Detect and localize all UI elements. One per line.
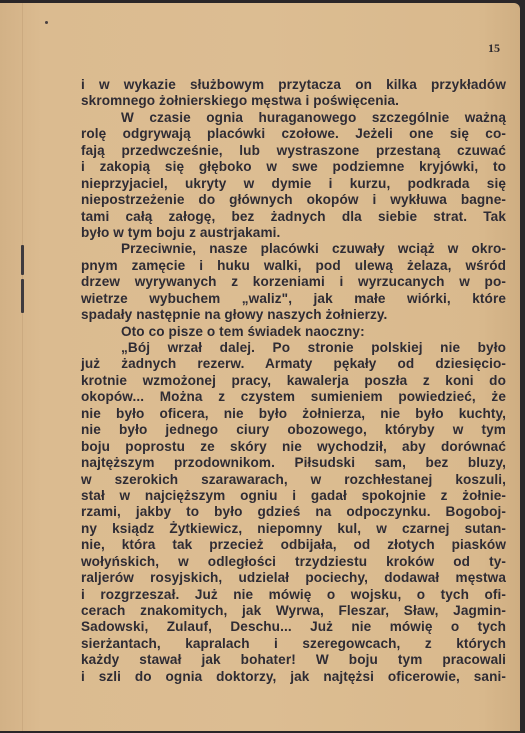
text-line: fają przedwcześnie, lub wystraszone prze… (81, 143, 506, 159)
text-line: cerach znakomitych, jak Wyrwa, Fleszar, … (81, 603, 506, 619)
text-line: każdy stawał jak bohater! W boju tym pra… (81, 652, 506, 668)
text-line: boju poprostu ze skóry nie wychodził, ab… (81, 439, 506, 455)
text-line: „Bój wrzał dalej. Po stronie polskiej ni… (81, 340, 506, 356)
text-line: i szli do ognia doktorzy, jak najtężsi o… (81, 669, 506, 685)
body-text: i w wykazie służbowym przytacza on kilka… (81, 77, 506, 685)
text-line: spadały następnie na głowy naszych żołni… (81, 307, 506, 323)
margin-mark-lower (21, 279, 24, 313)
text-line: nieprzyjaciel, ukryty w dymie i kurzu, p… (81, 176, 506, 192)
text-line: rolę odgrywają placówki czołowe. Jeżeli … (81, 126, 506, 142)
text-line: W czasie ognia huraganowego szczególnie … (81, 110, 506, 126)
text-line: i rozgrzeszał. Już nie mówię o wojsku, o… (81, 587, 506, 603)
text-line: Sadowski, Zulauf, Deschu... Już nie mówi… (81, 619, 506, 635)
text-line: było w tym boju z austrjakami. (81, 225, 506, 241)
margin-mark-upper (21, 245, 24, 275)
text-line: nie było oficera, nie było żołnierza, ni… (81, 406, 506, 422)
text-line: nie, która tak przecież odbijała, od zło… (81, 537, 506, 553)
text-line: i w wykazie służbowym przytacza on kilka… (81, 77, 506, 93)
text-line: skromnego żołnierskiego męstwa i poświęc… (81, 93, 506, 109)
text-line: ny ksiądz Żytkiewicz, niepomny kul, w cz… (81, 521, 506, 537)
text-line: niepostrzeżenie do głównych okopów i wyk… (81, 192, 506, 208)
ink-speck (45, 21, 48, 24)
text-line: wołyńskich, w odległości trzydziestu kro… (81, 554, 506, 570)
text-line: Oto co pisze o tem świadek naoczny: (81, 324, 506, 340)
text-line: wietrze wybuchem „waliz", jak małe wiórk… (81, 291, 506, 307)
text-line: Przeciwnie, nasze placówki czuwały wciąż… (81, 241, 506, 257)
text-line: raljerów rosyjskich, udzielał pociechy, … (81, 570, 506, 586)
text-line: i zakopią się głęboko w swe podziemne kr… (81, 159, 506, 175)
text-line: sierżantach, kapralach i szeregowcach, z… (81, 636, 506, 652)
text-line: pnym zamęcie i huku walki, pod ulewą żel… (81, 258, 506, 274)
text-line: drzew wyrywanych z korzeniami i wyrzucan… (81, 274, 506, 290)
text-line: najtęższym przodownikom. Piłsudski sam, … (81, 455, 506, 471)
text-line: tami całą załogę, bez żadnych dla siebie… (81, 209, 506, 225)
text-line: już żadnych rezerw. Armaty pękały od dzi… (81, 356, 506, 372)
page-number: 15 (488, 41, 500, 56)
text-line: w szerokich szarawarach, w rozchłestanej… (81, 472, 506, 488)
text-line: rzami, jakby to było gdzieś na odpoczynk… (81, 504, 506, 520)
book-page: 15 i w wykazie służbowym przytacza on ki… (0, 3, 520, 731)
text-line: stał w najcięższym ogniu i gadał spokojn… (81, 488, 506, 504)
text-line: krotnie wzmożonej pracy, kawalerja poszł… (81, 373, 506, 389)
text-line: okopów... Można z czystem sumieniem powi… (81, 389, 506, 405)
text-line: nie było jednego ciury obozowego, któryb… (81, 422, 506, 438)
